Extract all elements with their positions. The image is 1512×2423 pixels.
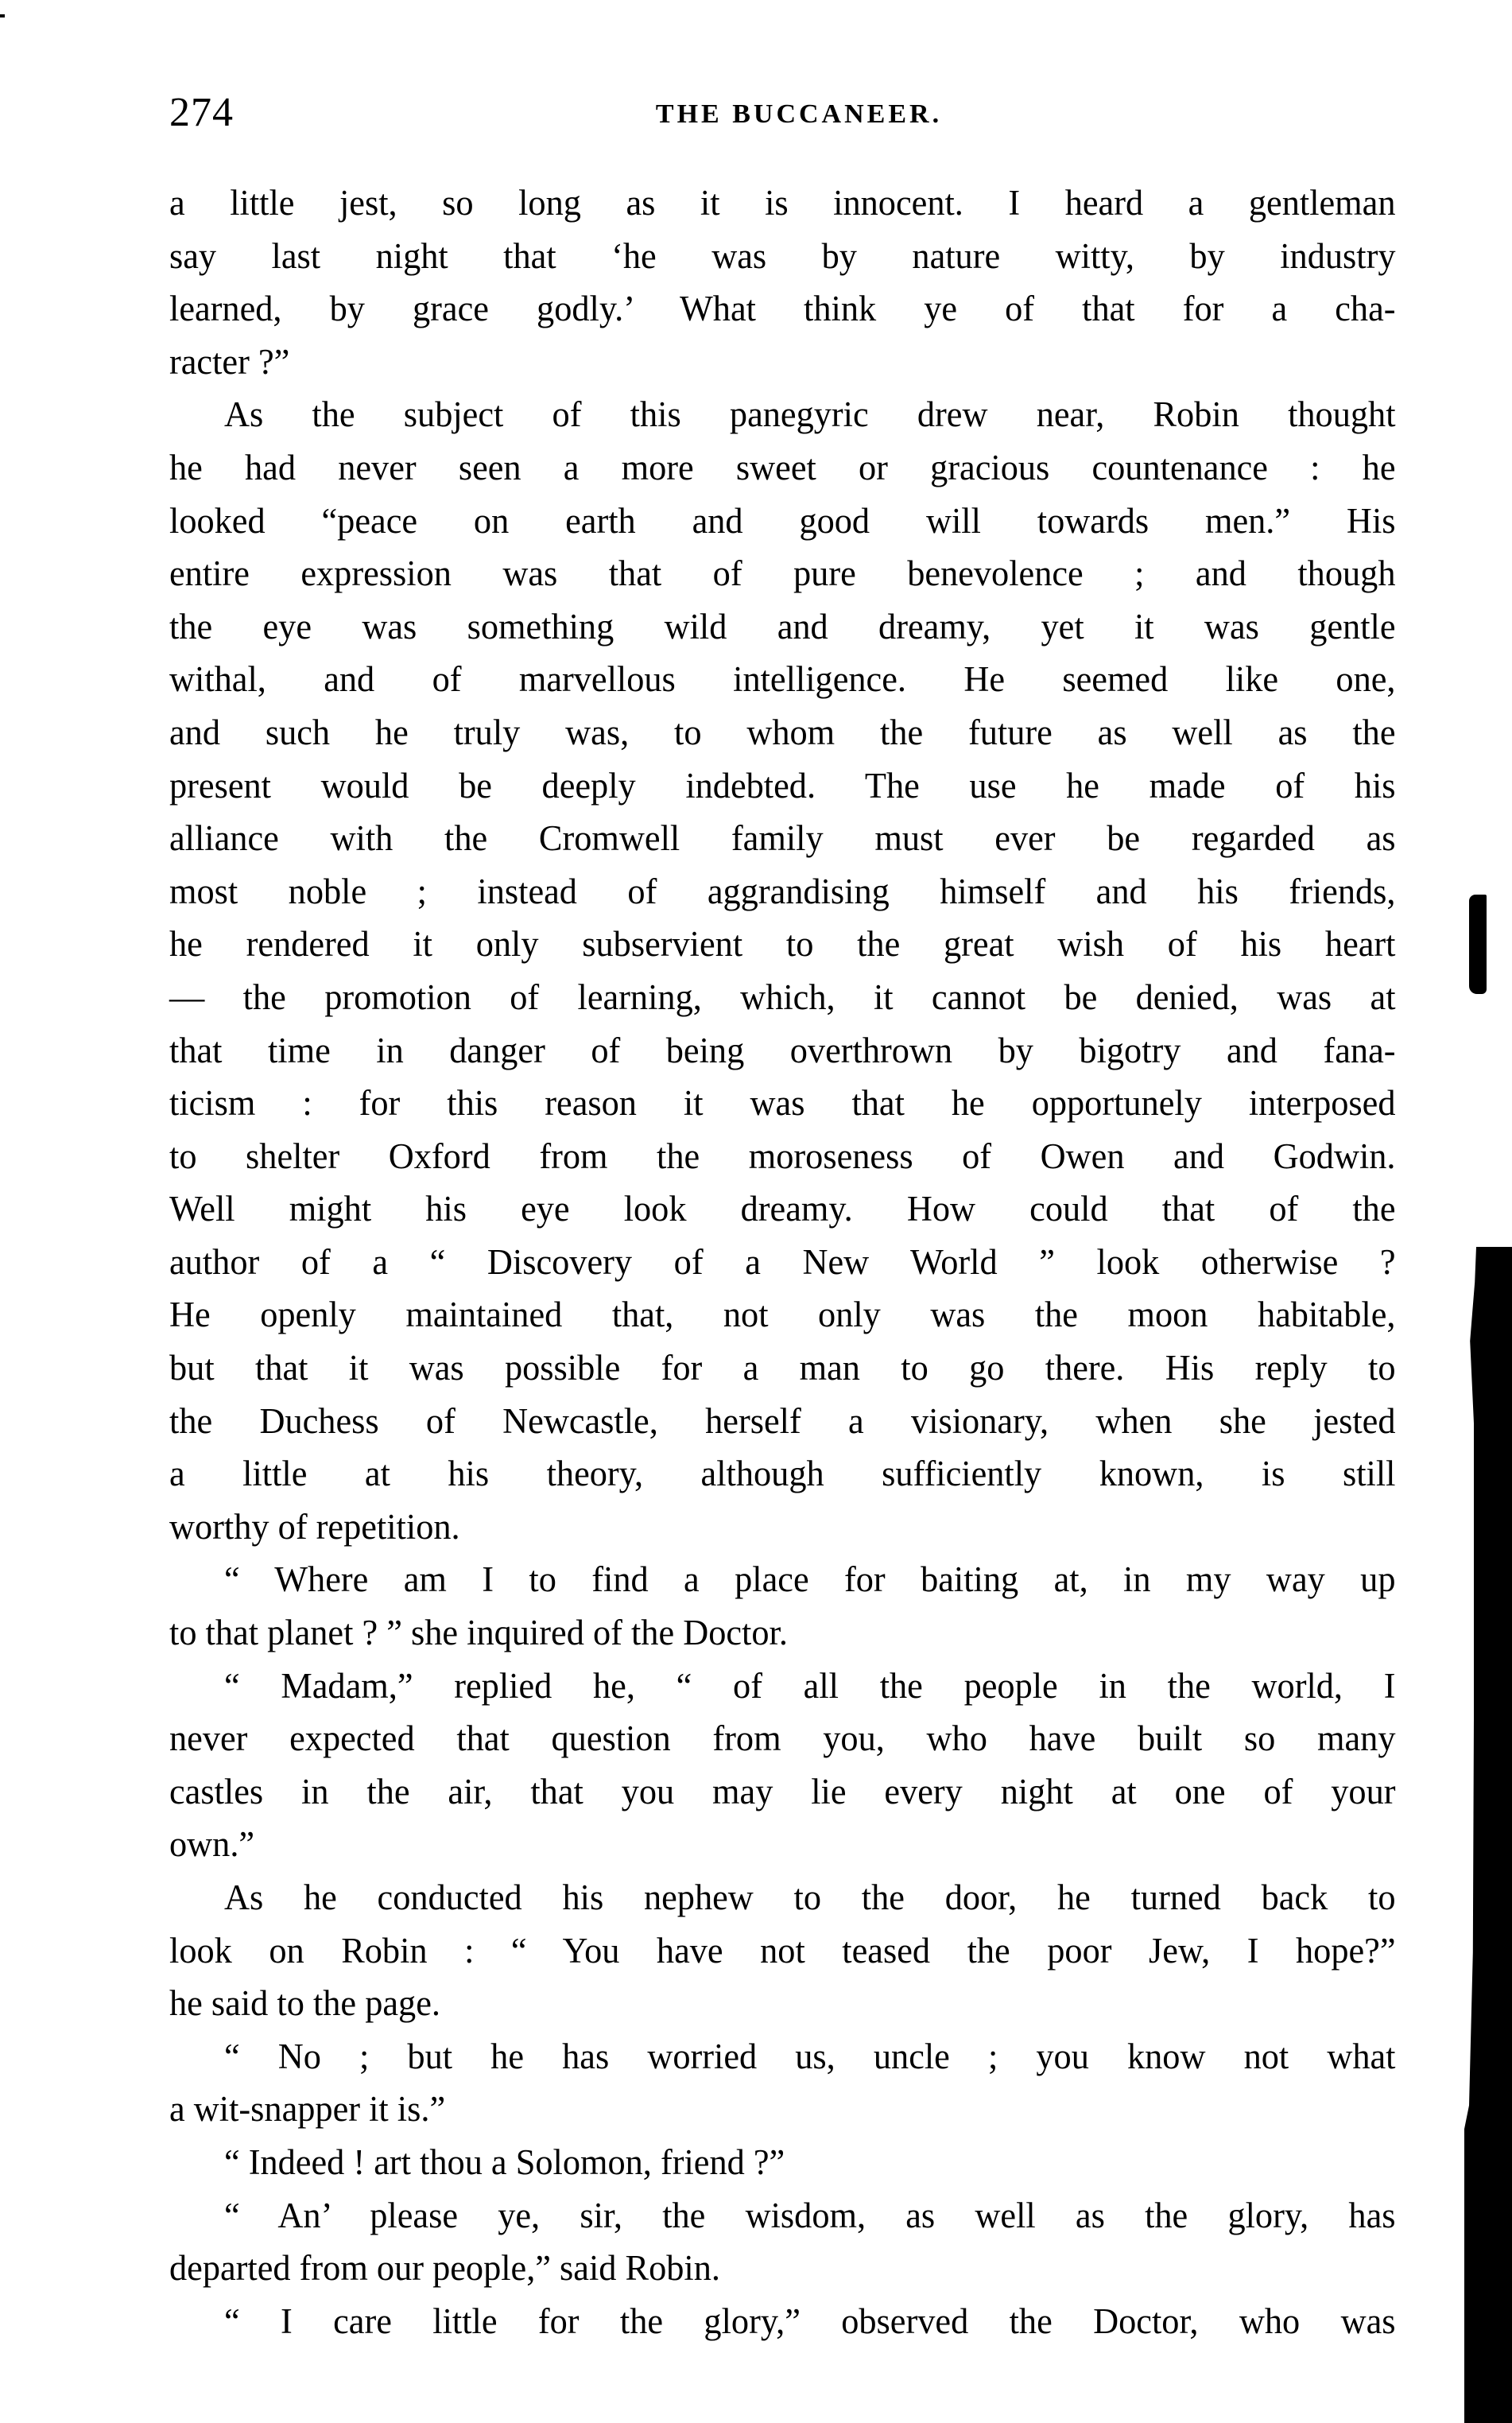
text-line: departed from our people,” said Robin. <box>169 2242 1396 2295</box>
text-line: a wit-snapper it is.” <box>169 2083 1396 2136</box>
text-line: the Duchess of Newcastle, herself a visi… <box>169 1395 1396 1448</box>
text-line: ticism : for this reason it was that he … <box>169 1077 1396 1130</box>
text-line: and such he truly was, to whom the futur… <box>169 706 1396 759</box>
text-line: worthy of repetition. <box>169 1501 1396 1554</box>
text-line: a little at his theory, although suffici… <box>169 1447 1396 1501</box>
text-line: As he conducted his nephew to the door, … <box>169 1871 1396 1924</box>
scan-artifact-page-edge-shadow <box>1464 1247 1512 2423</box>
text-line: withal, and of marvellous intelligence. … <box>169 653 1396 706</box>
body-text: a little jest, so long as it is innocent… <box>169 177 1414 2347</box>
text-line: “ No ; but he has worried us, uncle ; yo… <box>169 2030 1396 2083</box>
text-line: say last night that ‘he was by nature wi… <box>169 230 1396 283</box>
text-line: most noble ; instead of aggrandising him… <box>169 865 1396 918</box>
text-line: — the promotion of learning, which, it c… <box>169 971 1396 1024</box>
text-line: present would be deeply indebted. The us… <box>169 759 1396 813</box>
text-line: he had never seen a more sweet or gracio… <box>169 441 1396 495</box>
running-head: THE BUCCANEER. <box>0 99 1512 130</box>
text-line: but that it was possible for a man to go… <box>169 1342 1396 1395</box>
scan-artifact-corner <box>0 14 5 17</box>
text-line: “ Indeed ! art thou a Solomon, friend ?” <box>169 2136 1396 2189</box>
text-line: “ Where am I to find a place for baiting… <box>169 1553 1396 1606</box>
text-line: a little jest, so long as it is innocent… <box>169 177 1396 230</box>
text-line: to shelter Oxford from the moroseness of… <box>169 1130 1396 1183</box>
text-line: “ I care little for the glory,” observed… <box>169 2295 1396 2348</box>
text-line: never expected that question from you, w… <box>169 1712 1396 1765</box>
text-line: alliance with the Cromwell family must e… <box>169 812 1396 865</box>
text-line: racter ?” <box>169 336 1396 389</box>
scan-artifact-edge-mark <box>1469 895 1487 994</box>
text-line: he rendered it only subservient to the g… <box>169 918 1396 971</box>
text-line: looked “peace on earth and good will tow… <box>169 495 1396 548</box>
text-line: author of a “ Discovery of a New World ”… <box>169 1236 1396 1289</box>
text-line: entire expression was that of pure benev… <box>169 547 1396 600</box>
text-line: look on Robin : “ You have not teased th… <box>169 1924 1396 1978</box>
text-line: He openly maintained that, not only was … <box>169 1288 1396 1342</box>
text-line: he said to the page. <box>169 1977 1396 2030</box>
text-line: learned, by grace godly.’ What think ye … <box>169 282 1396 336</box>
text-line: castles in the air, that you may lie eve… <box>169 1765 1396 1819</box>
text-line: “ Madam,” replied he, “ of all the peopl… <box>169 1660 1396 1713</box>
text-line: to that planet ? ” she inquired of the D… <box>169 1606 1396 1660</box>
text-line: “ An’ please ye, sir, the wisdom, as wel… <box>169 2189 1396 2242</box>
text-line: As the subject of this panegyric drew ne… <box>169 388 1396 441</box>
text-line: the eye was something wild and dreamy, y… <box>169 600 1396 654</box>
text-line: own.” <box>169 1818 1396 1871</box>
text-line: Well might his eye look dreamy. How coul… <box>169 1182 1396 1236</box>
text-line: that time in danger of being overthrown … <box>169 1024 1396 1078</box>
